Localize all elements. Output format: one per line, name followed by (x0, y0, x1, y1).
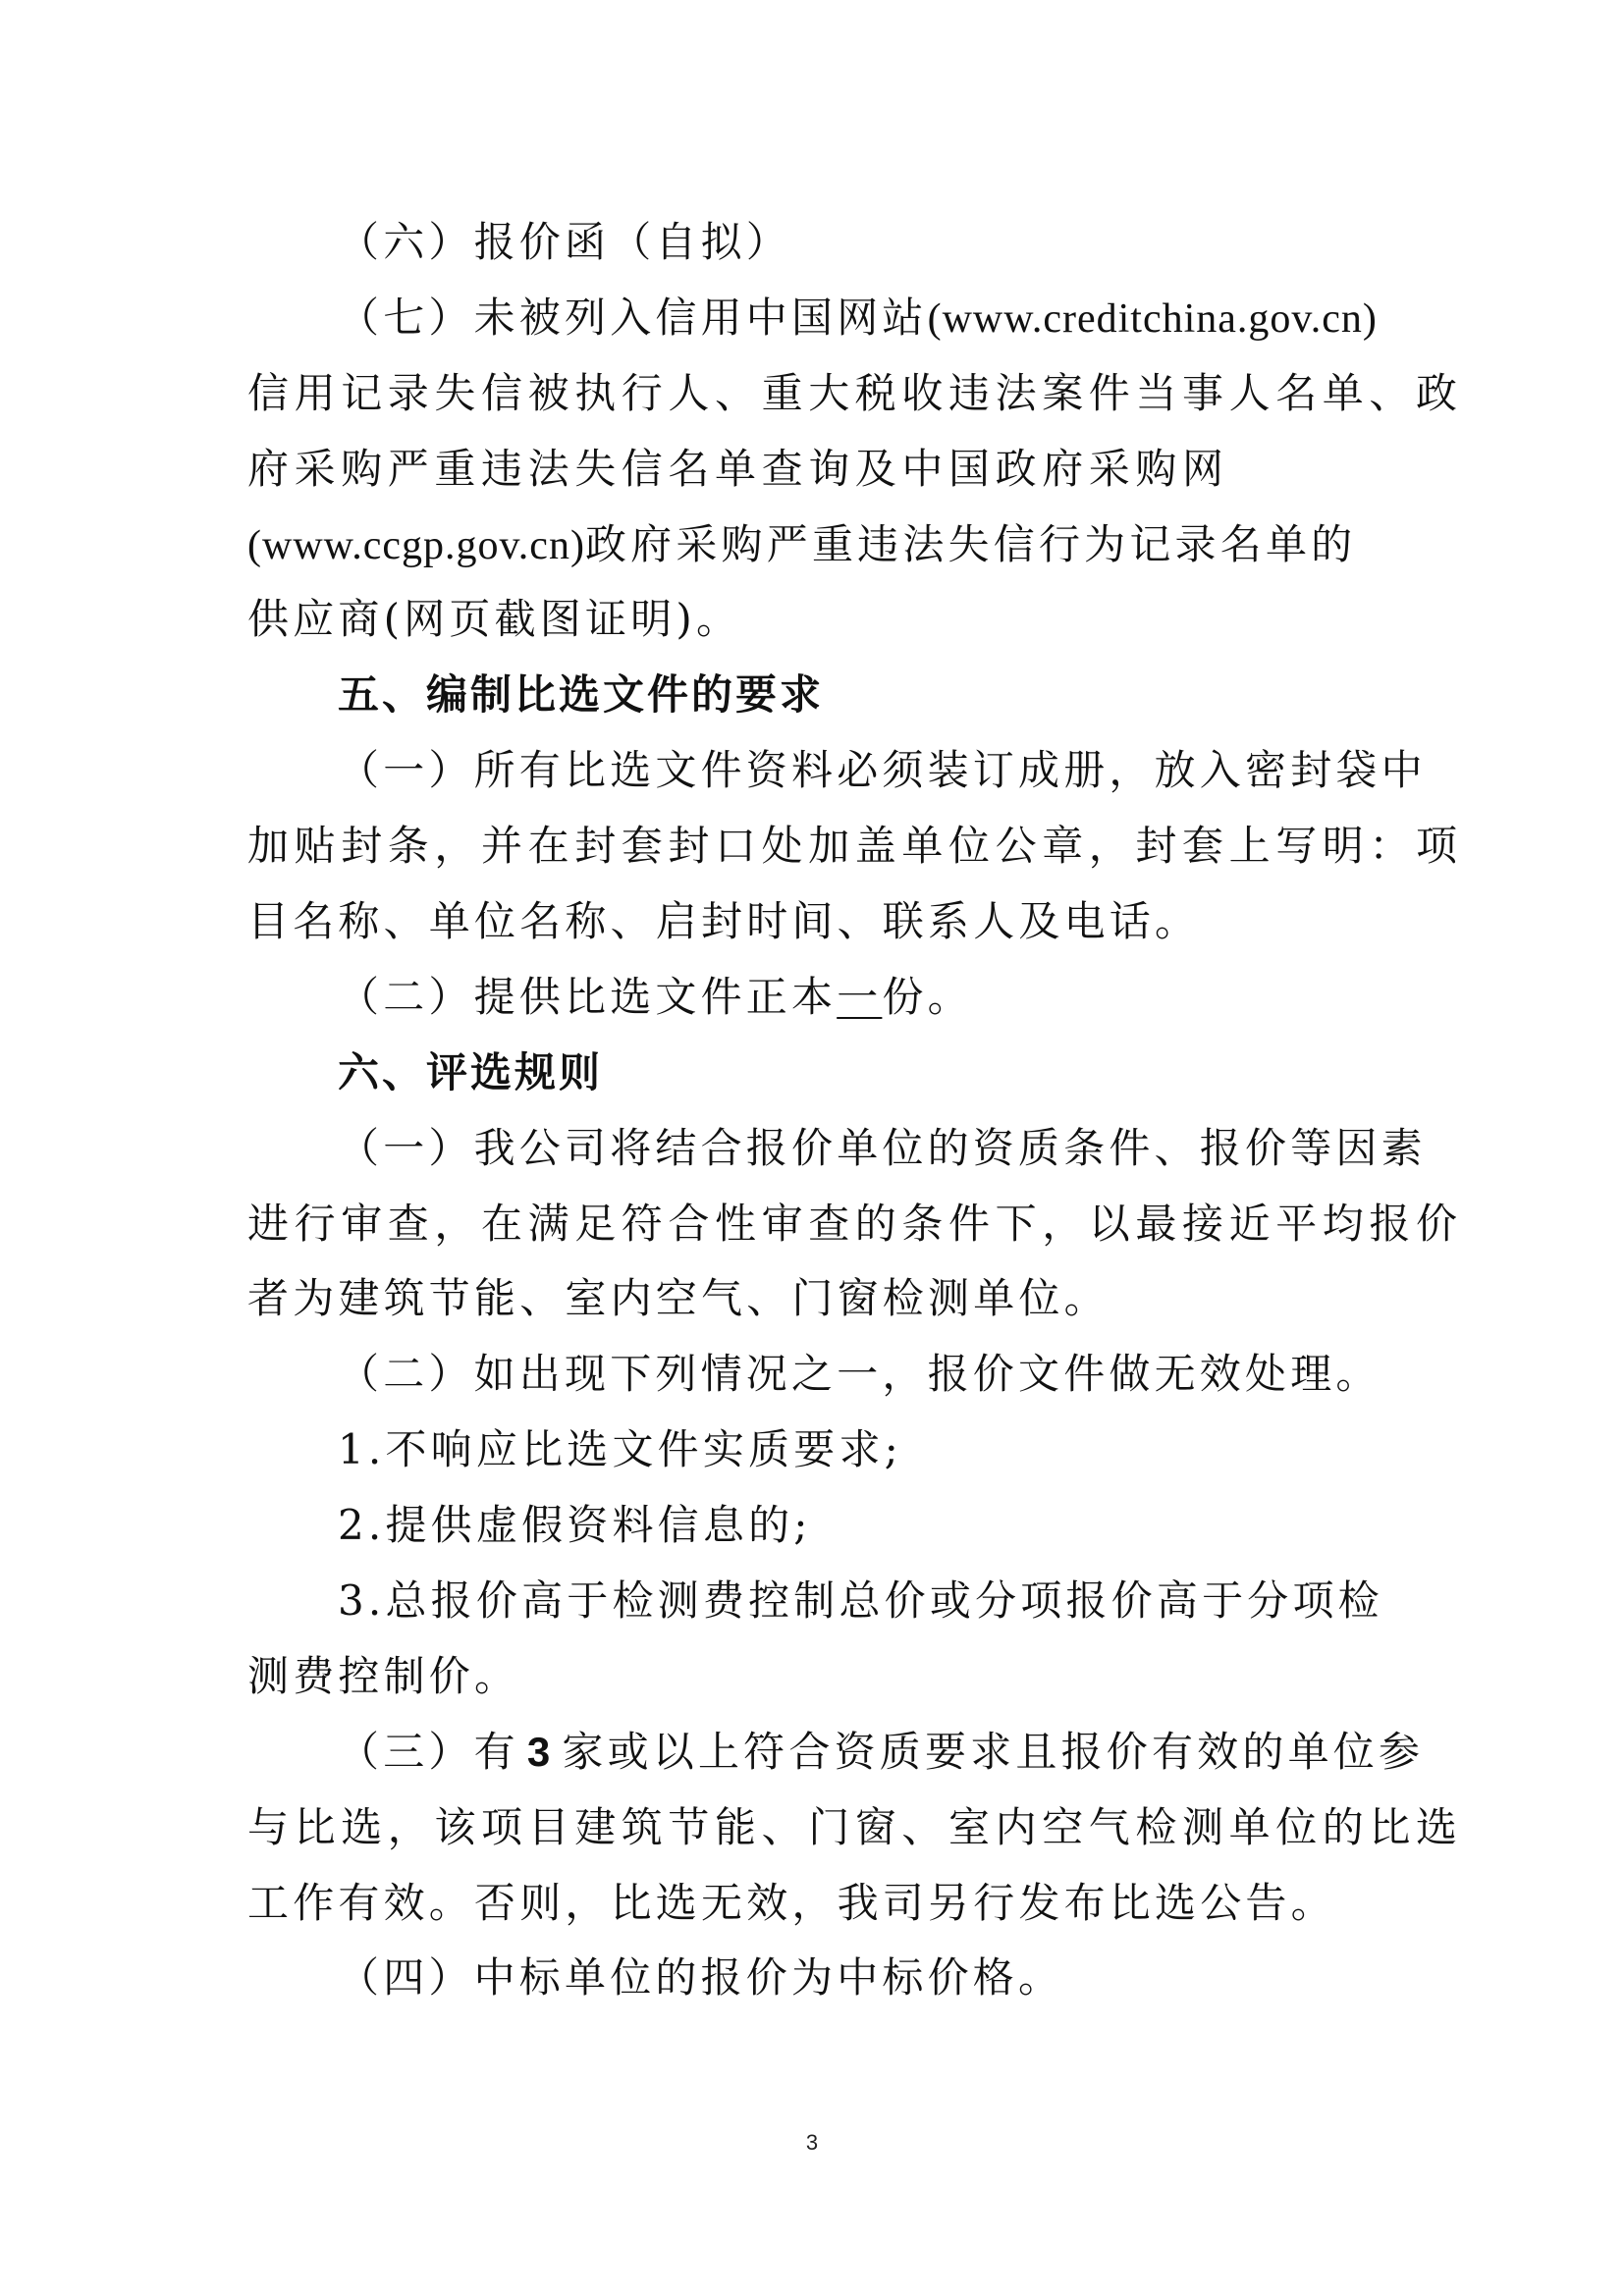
sub-item-2: 2.提供虚假资料信息的; (247, 1488, 1377, 1564)
list-item-original-copy: （二）提供比选文件正本一份。 (247, 960, 1377, 1036)
line-text: 进行审查，在满足符合性审查的条件下，以最接近平均报价 (247, 1200, 1463, 1248)
paragraph-line: 测费控制价。 (247, 1639, 1377, 1715)
paragraph-line: 进行审查，在满足符合性审查的条件下，以最接近平均报价 (247, 1187, 1377, 1262)
line-text: 目名称、单位名称、启封时间、联系人及电话。 (247, 897, 1200, 945)
list-item-evaluation-basis: （一）我公司将结合报价单位的资质条件、报价等因素 (247, 1111, 1377, 1187)
paragraph-line: 者为建筑节能、室内空气、门窗检测单位。 (247, 1261, 1377, 1337)
list-item-minimum-bidders: （三）有3家或以上符合资质要求且报价有效的单位参 (247, 1715, 1377, 1790)
line-text: 政府采购严重违法失信行为记录名单的 (585, 520, 1356, 568)
paragraph-line: 加贴封条，并在封套封口处加盖单位公章，封套上写明：项 (247, 809, 1377, 884)
paragraph-line: 目名称、单位名称、启封时间、联系人及电话。 (247, 884, 1377, 960)
bidder-count: 3 (519, 1729, 563, 1775)
line-text: 家或以上符合资质要求且报价有效的单位参 (562, 1728, 1424, 1776)
section-heading-5: 五、编制比选文件的要求 (247, 658, 1377, 733)
line-text: （一）所有比选文件资料必须装订成册，放入密封袋中 (338, 746, 1427, 794)
list-item-invalid-conditions: （二）如出现下列情况之一，报价文件做无效处理。 (247, 1337, 1377, 1413)
document-body: （六）报价函（自拟） （七）未被列入信用中国网站(www.creditchina… (247, 205, 1377, 2016)
heading-text: 六、评选规则 (338, 1048, 603, 1096)
line-text: 2.提供虚假资料信息的; (338, 1501, 812, 1549)
underlined-quantity: 一 (837, 973, 882, 1021)
line-text: 份。 (882, 973, 972, 1021)
section-heading-6: 六、评选规则 (247, 1036, 1377, 1111)
line-text: 信用记录失信被执行人、重大税收违法案件当事人名单、政 (247, 369, 1463, 417)
paragraph-line: 府采购严重违法失信名单查询及中国政府采购网 (247, 432, 1377, 507)
line-text: （二）如出现下列情况之一，报价文件做无效处理。 (338, 1350, 1381, 1398)
list-item-7-credit-check: （七）未被列入信用中国网站(www.creditchina.gov.cn) (247, 281, 1377, 356)
line-text: 府采购严重违法失信名单查询及中国政府采购网 (247, 445, 1229, 493)
document-page: （六）报价函（自拟） （七）未被列入信用中国网站(www.creditchina… (0, 0, 1624, 2296)
page-number: 3 (800, 2130, 824, 2156)
paragraph-line: 信用记录失信被执行人、重大税收违法案件当事人名单、政 (247, 356, 1377, 432)
paragraph-line: 供应商(网页截图证明)。 (247, 582, 1377, 658)
line-text: （一）我公司将结合报价单位的资质条件、报价等因素 (338, 1124, 1427, 1172)
line-text: 与比选，该项目建筑节能、门窗、室内空气检测单位的比选 (247, 1803, 1463, 1851)
line-text: （四）中标单位的报价为中标价格。 (338, 1953, 1063, 2002)
list-item-winning-price: （四）中标单位的报价为中标价格。 (247, 1941, 1377, 2016)
line-text: 工作有效。否则，比选无效，我司另行发布比选公告。 (247, 1879, 1336, 1927)
line-text: 1.不响应比选文件实质要求; (338, 1425, 902, 1473)
paragraph-line: 工作有效。否则，比选无效，我司另行发布比选公告。 (247, 1866, 1377, 1942)
line-text: （二）提供比选文件正本 (338, 973, 837, 1021)
line-text: 测费控制价。 (247, 1652, 519, 1700)
sub-item-3: 3.总报价高于检测费控制总价或分项报价高于分项检 (247, 1564, 1377, 1639)
line-text: （七）未被列入信用中国网站 (338, 294, 928, 342)
list-item-binding-requirements: （一）所有比选文件资料必须装订成册，放入密封袋中 (247, 733, 1377, 809)
ccgp-url: (www.ccgp.gov.cn) (247, 523, 585, 568)
line-text: 供应商(网页截图证明)。 (247, 595, 741, 643)
line-text: 3.总报价高于检测费控制总价或分项报价高于分项检 (338, 1576, 1383, 1625)
paragraph-line: 与比选，该项目建筑节能、门窗、室内空气检测单位的比选 (247, 1790, 1377, 1866)
line-text: 者为建筑节能、室内空气、门窗检测单位。 (247, 1274, 1110, 1322)
list-item-6-quotation-letter: （六）报价函（自拟） (247, 205, 1377, 281)
line-text: 加贴封条，并在封套封口处加盖单位公章，封套上写明：项 (247, 822, 1463, 870)
heading-text: 五、编制比选文件的要求 (338, 670, 824, 719)
creditchina-url: (www.creditchina.gov.cn) (928, 296, 1378, 342)
line-text: （六）报价函（自拟） (338, 218, 791, 266)
line-text: （三）有 (338, 1728, 519, 1776)
paragraph-line: (www.ccgp.gov.cn)政府采购严重违法失信行为记录名单的 (247, 507, 1377, 583)
sub-item-1: 1.不响应比选文件实质要求; (247, 1413, 1377, 1488)
